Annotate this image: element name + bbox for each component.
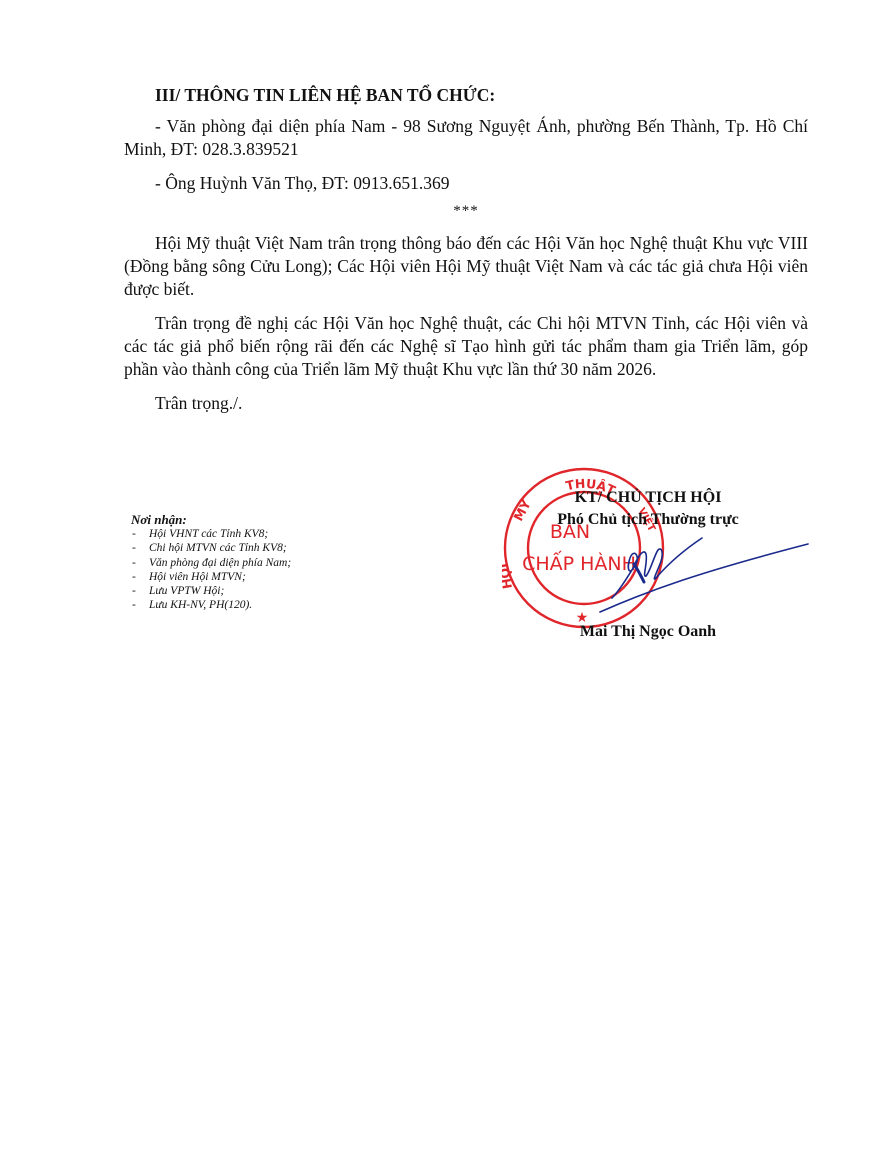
list-dash: - xyxy=(132,570,136,584)
recipient-text: Hội VHNT các Tỉnh KV8; xyxy=(149,528,268,540)
handwritten-signature xyxy=(560,520,820,630)
recipient-item: -Lưu VPTW Hội; xyxy=(131,584,391,598)
closing-line: Trân trọng./. xyxy=(124,392,808,415)
recipient-text: Hội viên Hội MTVN; xyxy=(149,571,246,583)
list-dash: - xyxy=(132,556,136,570)
recipient-text: Chi hội MTVN các Tỉnh KV8; xyxy=(149,542,287,554)
separator: *** xyxy=(124,202,808,220)
recipient-text: Văn phòng đại diện phía Nam; xyxy=(149,557,291,569)
list-dash: - xyxy=(132,598,136,612)
recipient-item: -Hội viên Hội MTVN; xyxy=(131,570,391,584)
list-dash: - xyxy=(132,527,136,541)
seal-ring-text-lower-left: HỘI xyxy=(502,562,515,590)
contact-office: - Văn phòng đại diện phía Nam - 98 Sương… xyxy=(124,115,808,161)
document-body: III/ THÔNG TIN LIÊN HỆ BAN TỔ CHỨC: - Vă… xyxy=(124,84,808,426)
document-page: III/ THÔNG TIN LIÊN HỆ BAN TỔ CHỨC: - Vă… xyxy=(0,0,890,1152)
recipient-item: -Hội VHNT các Tỉnh KV8; xyxy=(131,527,391,541)
recipient-text: Lưu VPTW Hội; xyxy=(149,585,224,597)
recipients-title: Nơi nhận: xyxy=(131,512,391,527)
recipient-item: -Lưu KH-NV, PH(120). xyxy=(131,598,391,612)
signer-name: Mai Thị Ngọc Oanh xyxy=(528,621,768,643)
list-dash: - xyxy=(132,541,136,555)
notice-paragraph: Hội Mỹ thuật Việt Nam trân trọng thông b… xyxy=(124,232,808,301)
signer-role: KT/ CHỦ TỊCH HỘI xyxy=(528,487,768,509)
recipient-item: -Văn phòng đại diện phía Nam; xyxy=(131,556,391,570)
list-dash: - xyxy=(132,584,136,598)
section-heading: III/ THÔNG TIN LIÊN HỆ BAN TỔ CHỨC: xyxy=(124,84,808,106)
recipients-list: -Hội VHNT các Tỉnh KV8; -Chi hội MTVN cá… xyxy=(131,527,391,613)
contact-person: - Ông Huỳnh Văn Thọ, ĐT: 0913.651.369 xyxy=(124,172,808,195)
recipients-block: Nơi nhận: -Hội VHNT các Tỉnh KV8; -Chi h… xyxy=(131,512,391,613)
request-paragraph: Trân trọng đề nghị các Hội Văn học Nghệ … xyxy=(124,312,808,381)
recipient-text: Lưu KH-NV, PH(120). xyxy=(149,599,252,611)
recipient-item: -Chi hội MTVN các Tỉnh KV8; xyxy=(131,541,391,555)
